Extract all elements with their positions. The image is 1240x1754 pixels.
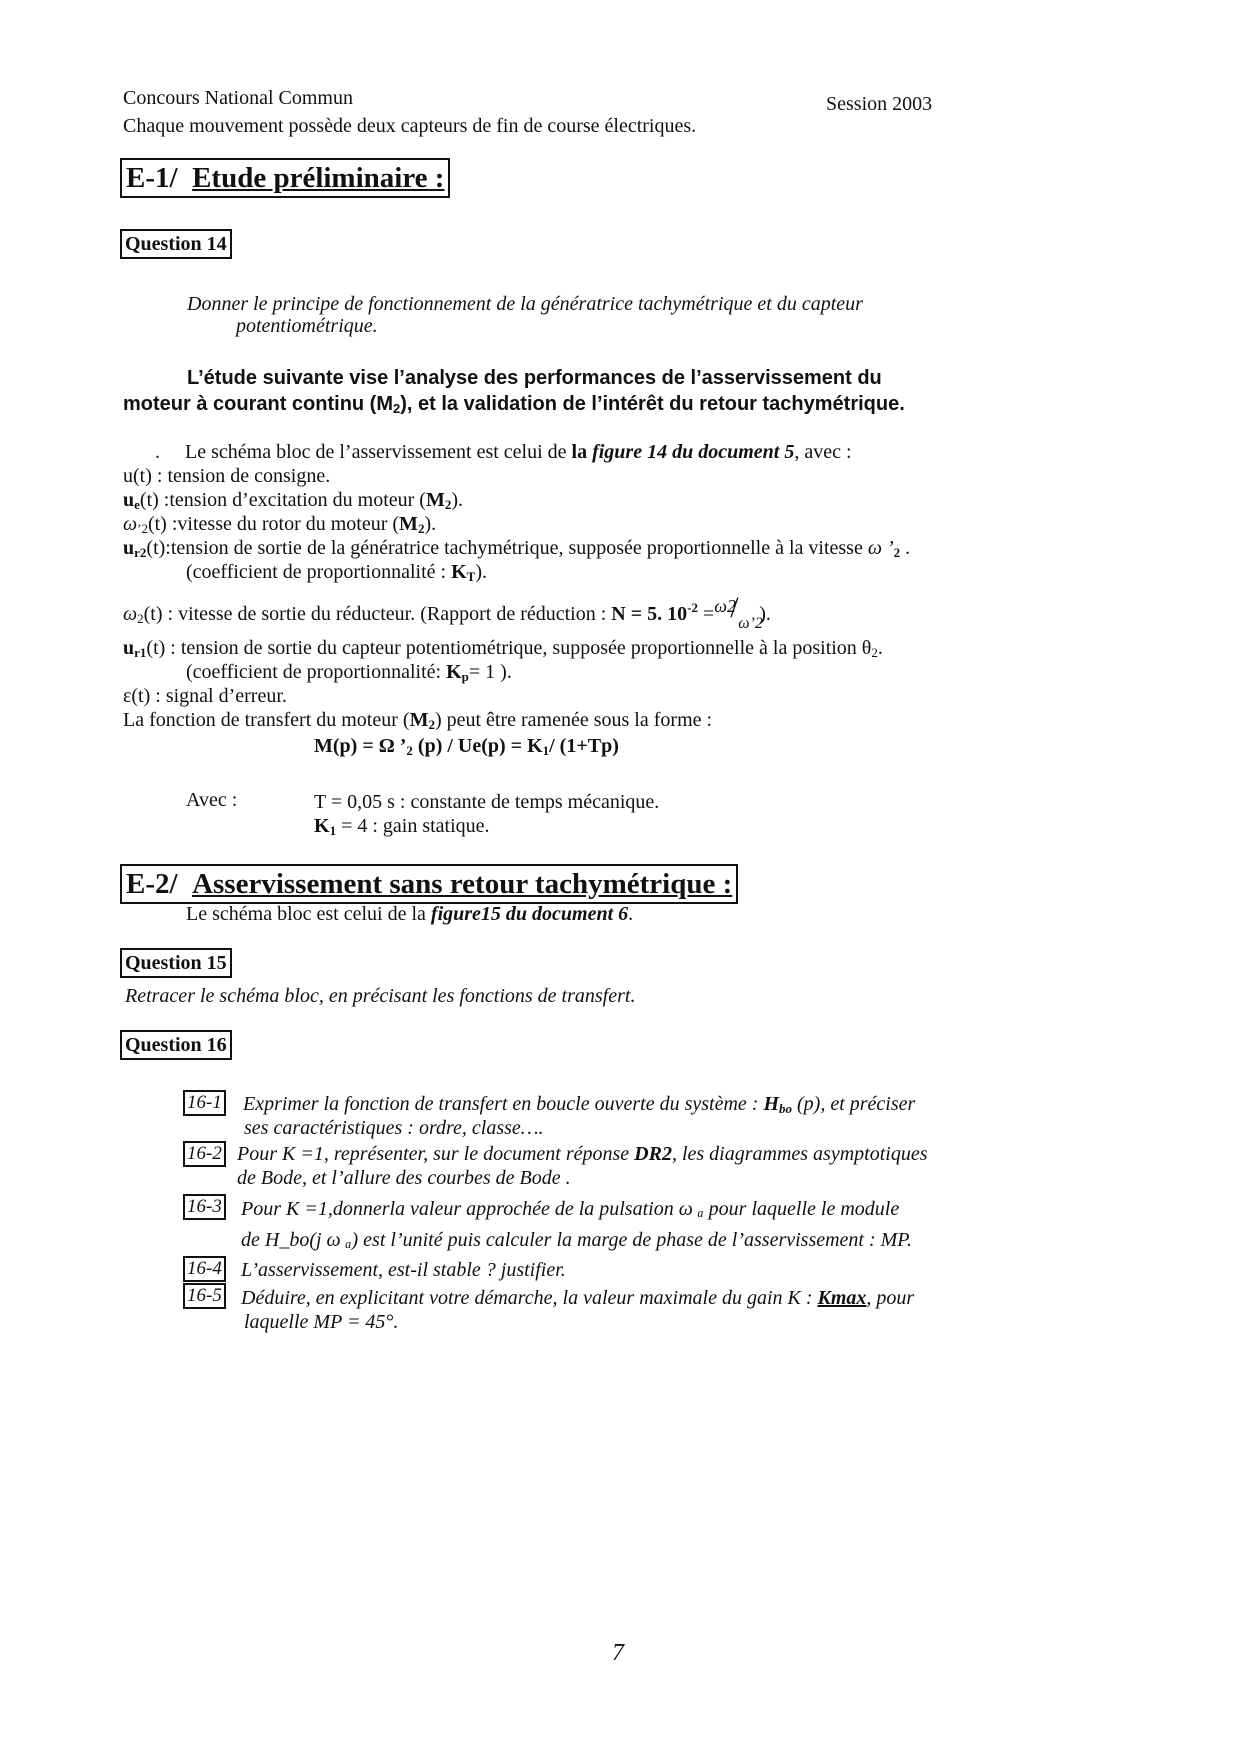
section-e2-title: Asservissement sans retour tachymétrique… xyxy=(192,868,732,900)
def-epsilon: ε(t) : signal d’erreur. xyxy=(123,684,287,708)
section-e2-label: E-2/ xyxy=(126,868,178,900)
subquestion-16-1-line2: ses caractéristiques : ordre, classe…. xyxy=(244,1116,544,1140)
section-e2-description: Le schéma bloc est celui de la figure15 … xyxy=(186,902,633,926)
avec-label: Avec : xyxy=(186,788,237,812)
transfer-function-formula: M(p) = Ω ’2 (p) / Ue(p) = K1/ (1+Tp) xyxy=(314,734,619,763)
intro-text: Chaque mouvement possède deux capteurs d… xyxy=(123,114,696,138)
question-14-text-line1: Donner le principe de fonctionnement de … xyxy=(187,292,863,316)
param-k1: K1 = 4 : gain statique. xyxy=(314,814,490,843)
transfer-function-intro: La fonction de transfert du moteur (M2) … xyxy=(123,708,712,737)
header-session: Session 2003 xyxy=(826,92,932,116)
section-e2-heading: E-2/ Asservissement sans retour tachymét… xyxy=(120,864,738,904)
reduction-ratio-fraction: ω2/ω’2 xyxy=(714,600,754,630)
def-omega-2: ω2(t) : vitesse de sortie du réducteur. … xyxy=(123,596,771,631)
subquestion-16-4-label: 16-4 xyxy=(183,1256,226,1282)
page-number: 7 xyxy=(612,1640,624,1667)
subquestion-16-2-label: 16-2 xyxy=(183,1141,226,1167)
figure-15-reference: figure15 du document 6 xyxy=(431,903,628,925)
subquestion-16-5-line2: laquelle MP = 45°. xyxy=(244,1310,398,1334)
section-e1-heading: E-1/ Etude préliminaire : xyxy=(120,158,450,198)
subquestion-16-2-line1: Pour K =1, représenter, sur le document … xyxy=(237,1142,928,1166)
objective-line1: L’étude suivante vise l’analyse des perf… xyxy=(187,366,882,390)
subquestion-16-2-line2: de Bode, et l’allure des courbes de Bode… xyxy=(237,1166,571,1190)
subquestion-16-5-line1: Déduire, en explicitant votre démarche, … xyxy=(241,1286,914,1310)
subquestion-16-3-line2: de H_bo(j ω ₐ) est l’unité puis calculer… xyxy=(241,1228,912,1252)
def-u: u(t) : tension de consigne. xyxy=(123,464,330,488)
question-15-text: Retracer le schéma bloc, en précisant le… xyxy=(125,984,635,1008)
subquestion-16-3-line1: Pour K =1,donnerla valeur approchée de l… xyxy=(241,1197,899,1221)
question-14-text-line2: potentiométrique. xyxy=(236,314,378,338)
question-14-label: Question 14 xyxy=(120,229,232,259)
param-t: T = 0,05 s : constante de temps mécaniqu… xyxy=(314,790,659,814)
section-e1-title: Etude préliminaire : xyxy=(192,162,444,194)
schema-intro: . Le schéma bloc de l’asservissement est… xyxy=(155,440,852,464)
header-left: Concours National Commun xyxy=(123,86,353,110)
subquestion-16-3-label: 16-3 xyxy=(183,1194,226,1220)
objective-line2: moteur à courant continu (M2), et la val… xyxy=(123,392,905,421)
section-e1-label: E-1/ xyxy=(126,162,178,194)
subquestion-16-1-label: 16-1 xyxy=(183,1090,226,1116)
subquestion-16-4-line1: L’asservissement, est-il stable ? justif… xyxy=(241,1258,566,1282)
def-kt: (coefficient de proportionnalité : KT). xyxy=(186,560,487,589)
question-15-label: Question 15 xyxy=(120,948,232,978)
question-16-label: Question 16 xyxy=(120,1030,232,1060)
subquestion-16-5-label: 16-5 xyxy=(183,1283,226,1309)
figure-14-reference: figure 14 du document 5 xyxy=(592,441,794,463)
